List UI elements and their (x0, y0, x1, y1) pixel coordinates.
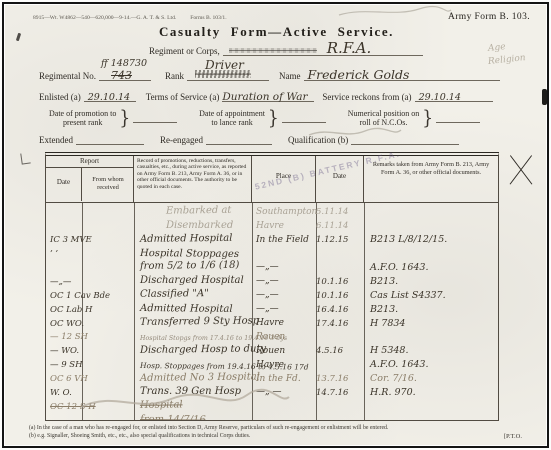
scanned-form-page: 8915—Wt. W4862—540—620,000—9-14.—G. A. T… (0, 0, 551, 450)
scan-border-frame (2, 2, 549, 448)
